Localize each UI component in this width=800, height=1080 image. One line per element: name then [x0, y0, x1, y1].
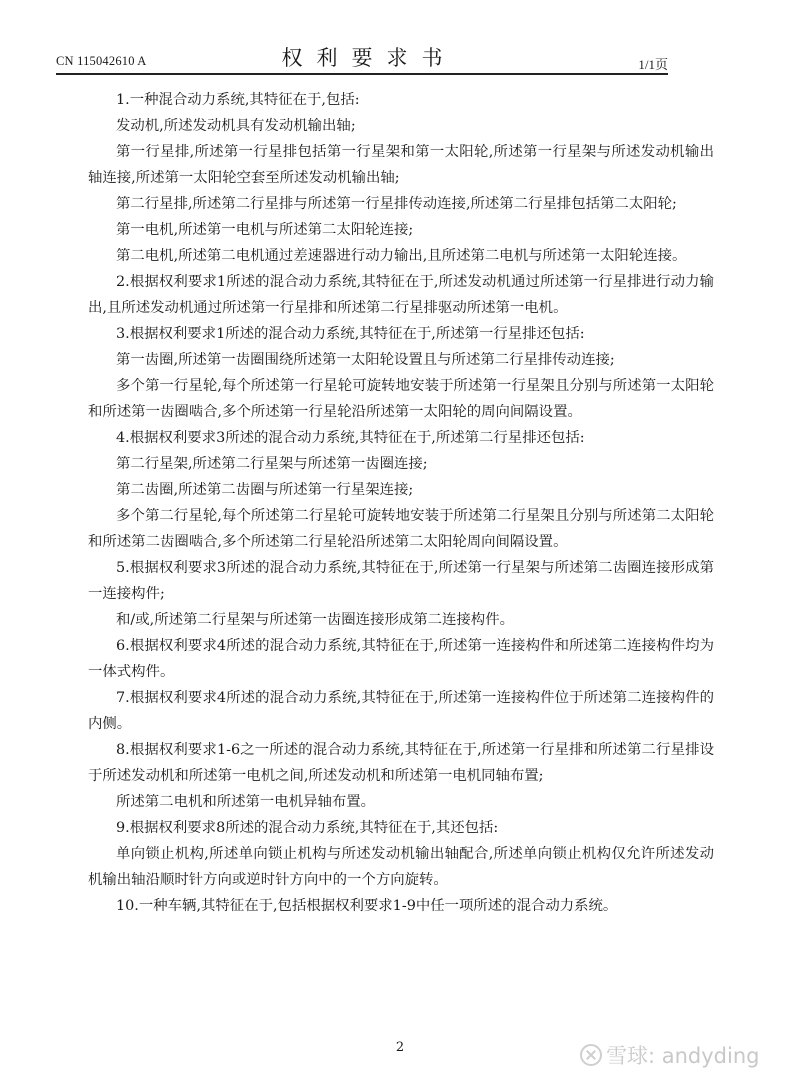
claim-paragraph: 第二行星排,所述第二行星排与所述第一行星排传动连接,所述第二行星排包括第二太阳轮… [88, 191, 714, 217]
claim-paragraph: 5.根据权利要求3所述的混合动力系统,其特征在于,所述第一行星架与所述第二齿圈连… [88, 555, 714, 607]
claim-paragraph: 2.根据权利要求1所述的混合动力系统,其特征在于,所述发动机通过所述第一行星排进… [88, 269, 714, 321]
claim-paragraph: 6.根据权利要求4所述的混合动力系统,其特征在于,所述第一连接构件和所述第二连接… [88, 633, 714, 685]
page-indicator: 1/1页 [638, 54, 668, 73]
snowball-logo-icon [580, 1044, 602, 1066]
claims-body: 1.一种混合动力系统,其特征在于,包括: 发动机,所述发动机具有发动机输出轴; … [88, 87, 714, 919]
claim-paragraph: 第一齿圈,所述第一齿圈围绕所述第一太阳轮设置且与所述第二行星排传动连接; [88, 347, 714, 373]
claim-paragraph: 1.一种混合动力系统,其特征在于,包括: [88, 87, 714, 113]
claim-paragraph: 7.根据权利要求4所述的混合动力系统,其特征在于,所述第一连接构件位于所述第二连… [88, 685, 714, 737]
claim-paragraph: 多个第二行星轮,每个所述第二行星轮可旋转地安装于所述第二行星架且分别与所述第二太… [88, 503, 714, 555]
claim-paragraph: 4.根据权利要求3所述的混合动力系统,其特征在于,所述第二行星排还包括: [88, 425, 714, 451]
claim-paragraph: 单向锁止机构,所述单向锁止机构与所述发动机输出轴配合,所述单向锁止机构仅允许所述… [88, 841, 714, 893]
claim-paragraph: 第二电机,所述第二电机通过差速器进行动力输出,且所述第二电机与所述第一太阳轮连接… [88, 243, 714, 269]
claim-paragraph: 第二齿圈,所述第二齿圈与所述第一行星架连接; [88, 477, 714, 503]
watermark: 雪球: andyding [580, 1040, 760, 1070]
claim-paragraph: 9.根据权利要求8所述的混合动力系统,其特征在于,其还包括: [88, 815, 714, 841]
header-divider [56, 73, 668, 75]
claim-paragraph: 10.一种车辆,其特征在于,包括根据权利要求1-9中任一项所述的混合动力系统。 [88, 893, 714, 919]
claim-paragraph: 第一行星排,所述第一行星排包括第一行星架和第一太阳轮,所述第一行星架与所述发动机… [88, 139, 714, 191]
claim-paragraph: 多个第一行星轮,每个所述第一行星轮可旋转地安装于所述第一行星架且分别与所述第一太… [88, 373, 714, 425]
claim-paragraph: 第一电机,所述第一电机与所述第二太阳轮连接; [88, 217, 714, 243]
claim-paragraph: 3.根据权利要求1所述的混合动力系统,其特征在于,所述第一行星排还包括: [88, 321, 714, 347]
claim-paragraph: 第二行星架,所述第二行星架与所述第一齿圈连接; [88, 451, 714, 477]
document-title: 权利要求书 [56, 42, 668, 72]
claim-paragraph: 8.根据权利要求1-6之一所述的混合动力系统,其特征在于,所述第一行星排和所述第… [88, 737, 714, 789]
watermark-text: 雪球: andyding [606, 1040, 760, 1070]
claim-paragraph: 和/或,所述第二行星架与所述第一齿圈连接形成第二连接构件。 [88, 607, 714, 633]
document-header: CN 115042610 A 权利要求书 1/1页 [56, 40, 668, 72]
claim-paragraph: 所述第二电机和所述第一电机异轴布置。 [88, 789, 714, 815]
claim-paragraph: 发动机,所述发动机具有发动机输出轴; [88, 113, 714, 139]
